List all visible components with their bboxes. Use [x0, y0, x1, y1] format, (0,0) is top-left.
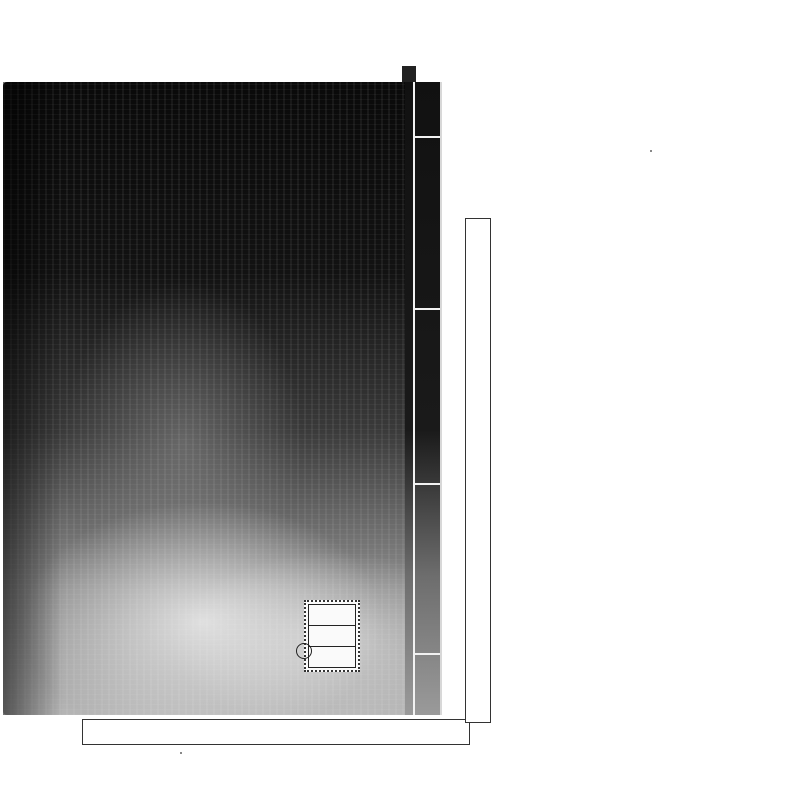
binding-stitch: [413, 308, 440, 310]
page-tab-marker: [402, 66, 416, 82]
vertical-scale-ruler: [465, 218, 491, 723]
scan-dust-speck: [180, 752, 182, 754]
binding-stitch: [413, 483, 440, 485]
horizontal-scale-ruler: [82, 719, 470, 745]
label-row-number: [309, 647, 355, 667]
book-cover: [3, 82, 440, 715]
label-row-classification: [309, 605, 355, 626]
ownership-stamp-icon: [296, 643, 312, 659]
book-spine-binding: [405, 82, 442, 715]
scan-dust-speck: [650, 150, 652, 152]
binding-stitch: [413, 136, 440, 138]
binding-thread: [413, 82, 415, 715]
library-call-number-label: [304, 600, 360, 672]
binding-stitch: [413, 653, 440, 655]
label-row-blank: [309, 626, 355, 647]
